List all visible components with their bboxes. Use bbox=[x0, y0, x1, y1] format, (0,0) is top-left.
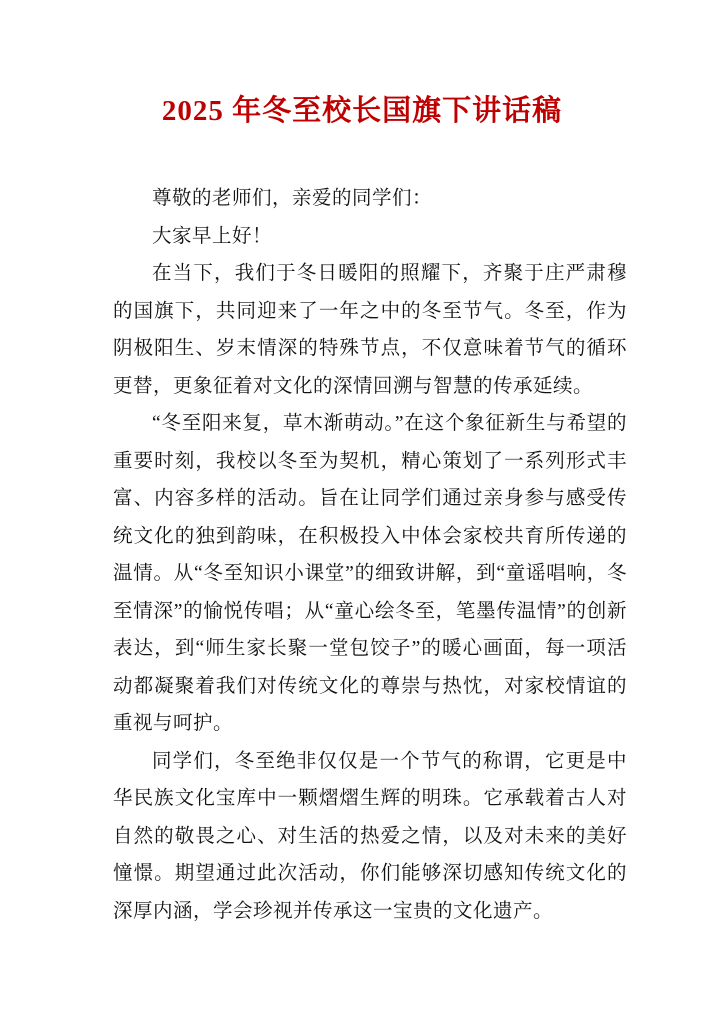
document-page: 2025 年冬至校长国旗下讲话稿 尊敬的老师们，亲爱的同学们： 大家早上好！ 在… bbox=[0, 0, 724, 1024]
paragraph-intro: 在当下，我们于冬日暖阳的照耀下，齐聚于庄严肃穆的国旗下，共同迎来了一年之中的冬至… bbox=[113, 255, 627, 405]
paragraph-closing: 同学们，冬至绝非仅仅是一个节气的称谓，它更是中华民族文化宝库中一颗熠熠生辉的明珠… bbox=[113, 743, 627, 931]
paragraph-greeting: 大家早上好！ bbox=[113, 218, 627, 256]
document-body: 尊敬的老师们，亲爱的同学们： 大家早上好！ 在当下，我们于冬日暖阳的照耀下，齐聚… bbox=[113, 180, 627, 930]
page-title: 2025 年冬至校长国旗下讲话稿 bbox=[0, 0, 724, 132]
paragraph-salutation: 尊敬的老师们，亲爱的同学们： bbox=[113, 180, 627, 218]
paragraph-activities: “冬至阳来复，草木渐萌动。”在这个象征新生与希望的重要时刻，我校以冬至为契机，精… bbox=[113, 405, 627, 743]
